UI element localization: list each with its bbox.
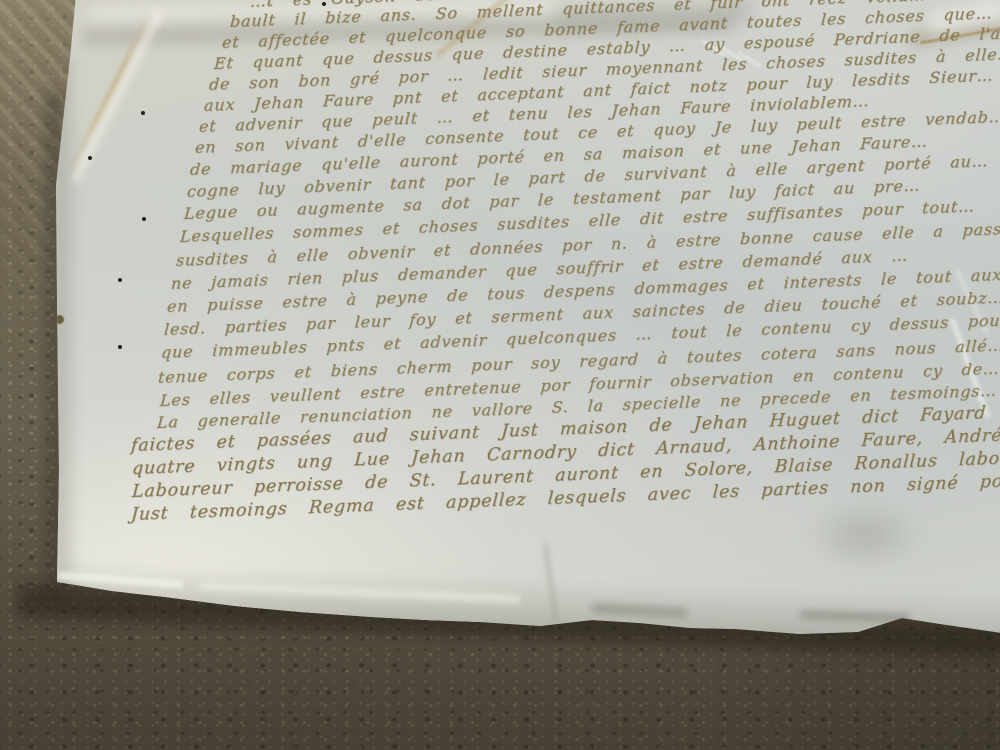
ink-spot: [141, 111, 145, 115]
ink-spot: [88, 156, 92, 160]
photo-of-manuscript: …t es Guyson des mariz des… bault il biz…: [0, 0, 1000, 750]
smudge-stain: [785, 485, 945, 585]
ink-spot: [118, 278, 122, 282]
ink-spot: [118, 345, 122, 349]
ink-spot: [142, 217, 146, 221]
